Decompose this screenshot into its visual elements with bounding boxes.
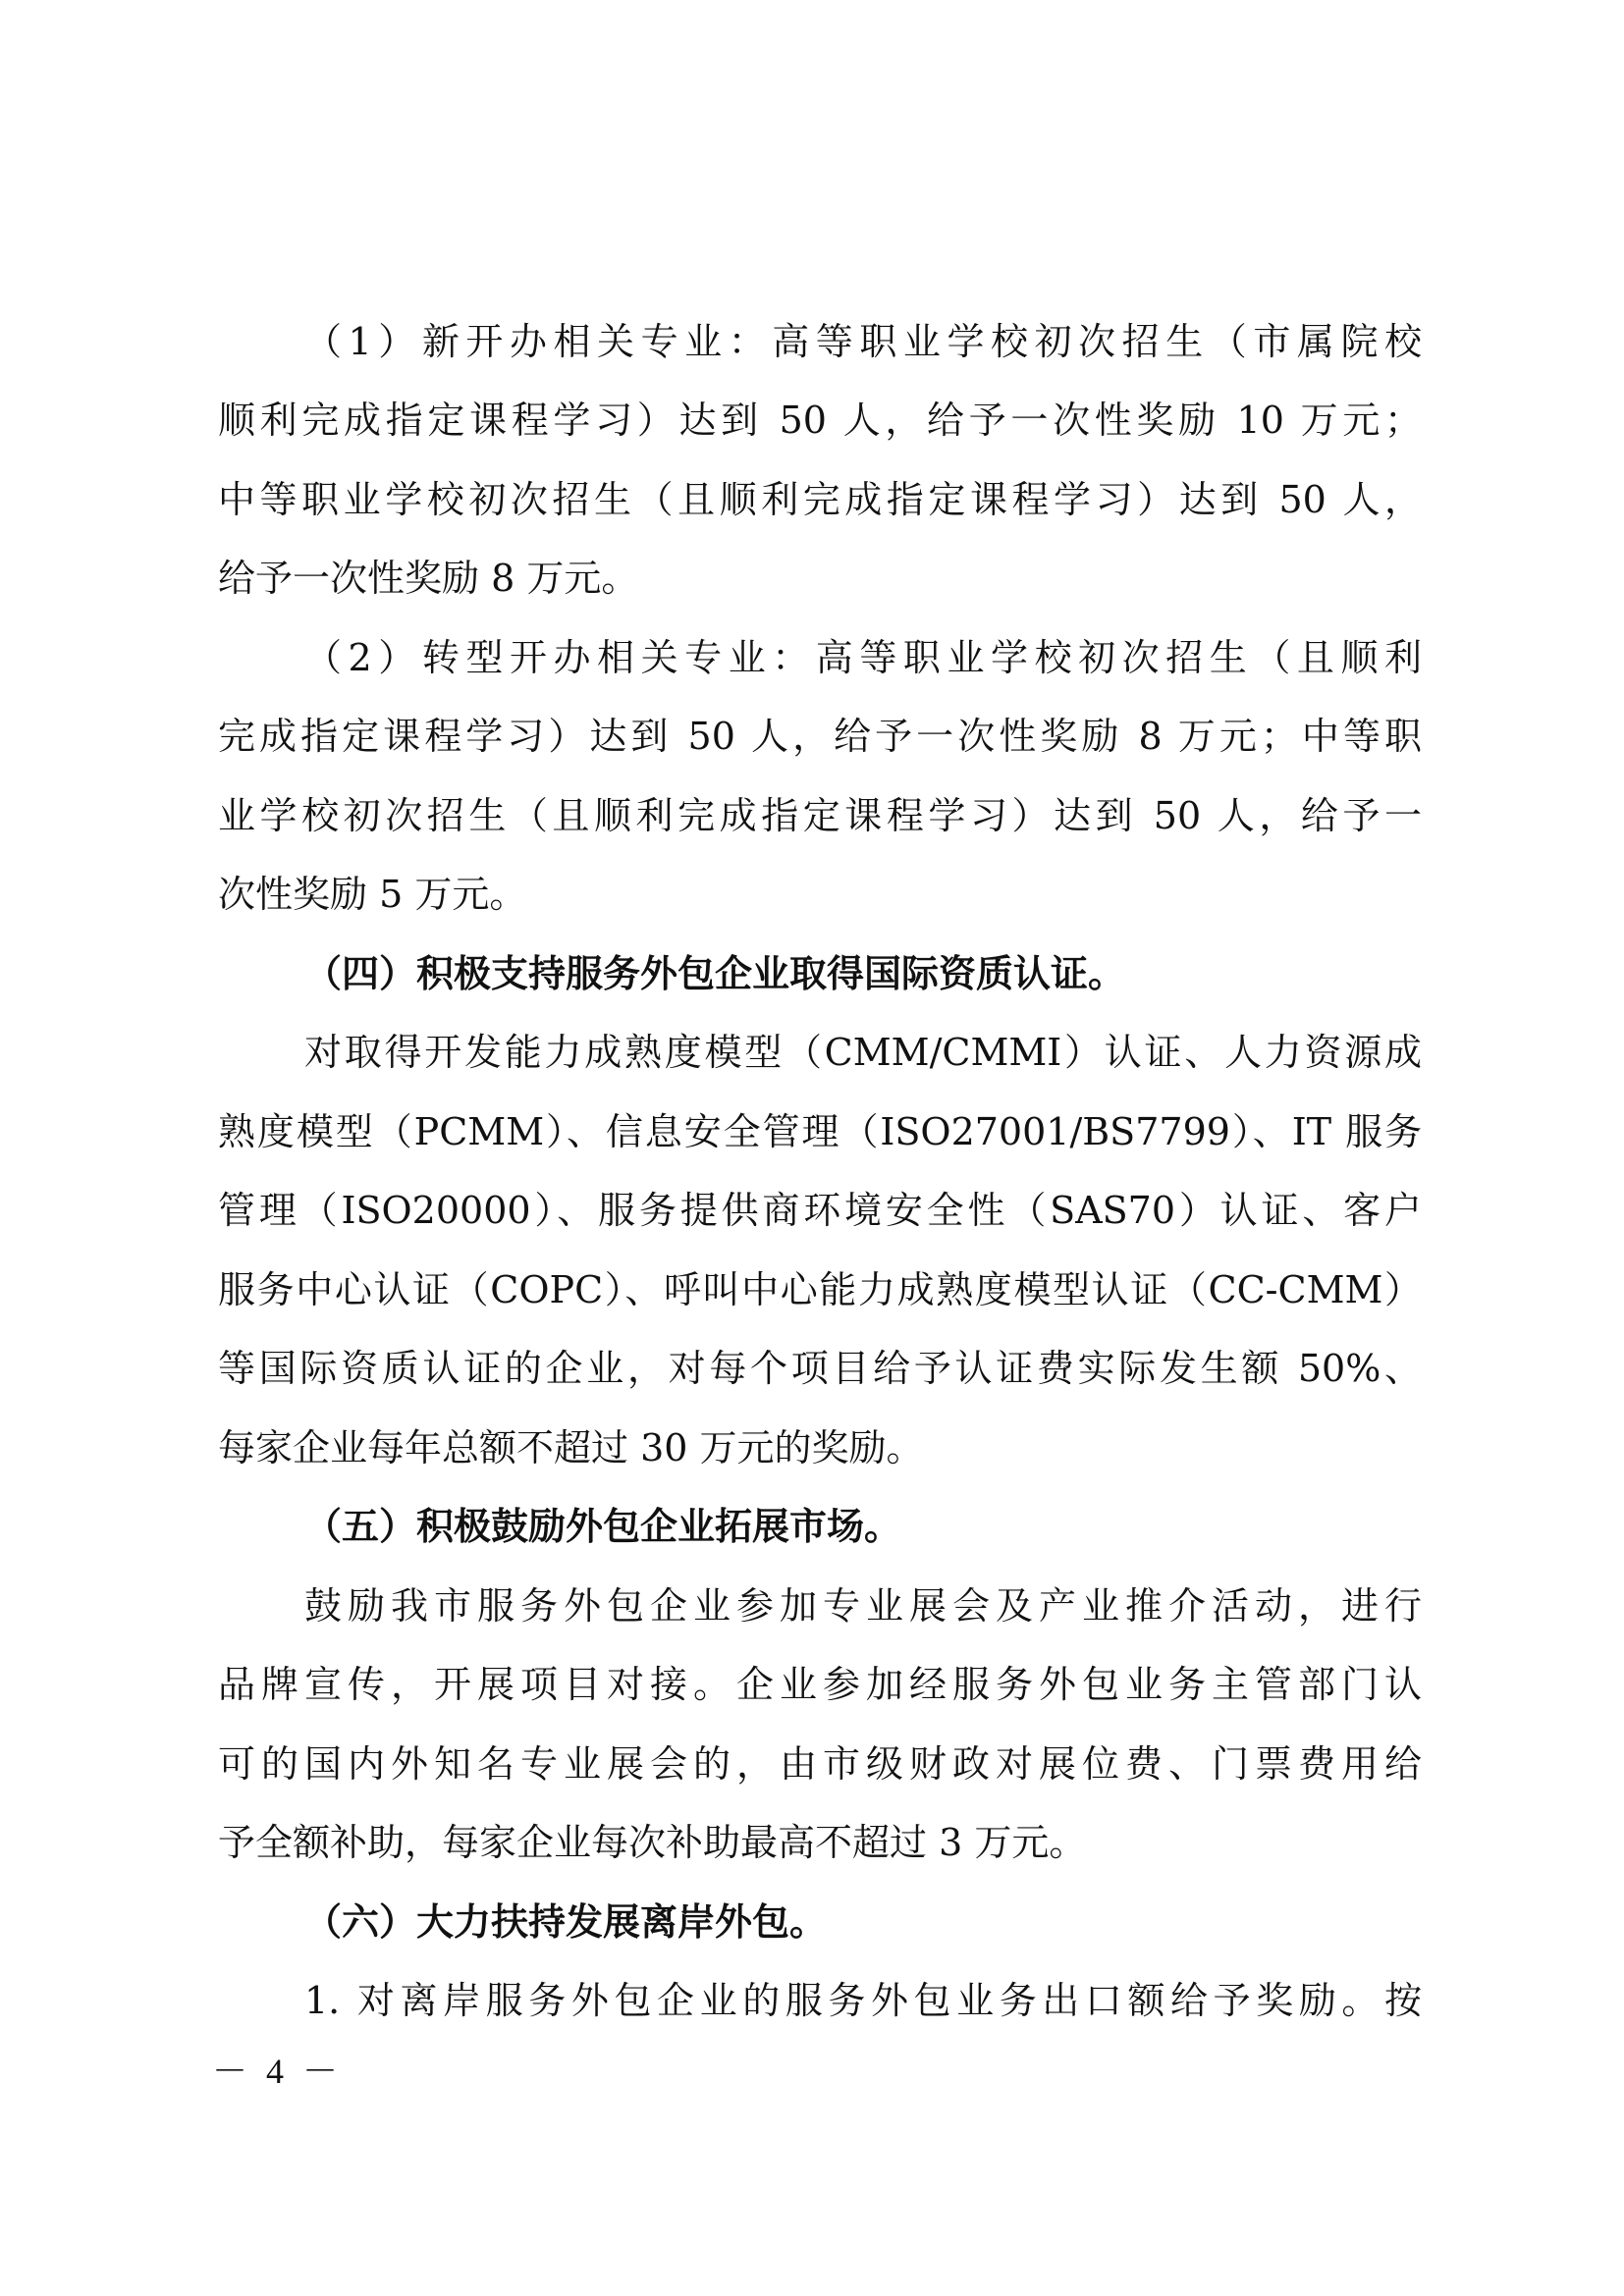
item-1-line-3: 中等职业学校初次招生（且顺利完成指定课程学习）达到 50 人， [218,460,1422,539]
market-para-line-1: 鼓励我市服务外包企业参加专业展会及产业推介活动，进行 [304,1567,1422,1645]
cert-para-line-6: 每家企业每年总额不超过 30 万元的奖励。 [218,1409,1422,1487]
item-2-line-1: （2）转型开办相关专业：高等职业学校初次招生（且顺利 [304,618,1422,697]
market-para-line-3: 可的国内外知名专业展会的，由市级财政对展位费、门票费用给 [218,1725,1422,1803]
item-2-line-3: 业学校初次招生（且顺利完成指定课程学习）达到 50 人，给予一 [218,776,1422,855]
cert-para-line-3: 管理（ISO20000）、服务提供商环境安全性（SAS70）认证、客户 [218,1171,1422,1250]
section-heading-4: （四）积极支持服务外包企业取得国际资质认证。 [304,934,1422,1013]
section-heading-6: （六）大力扶持发展离岸外包。 [304,1883,1422,1961]
item-1-line-4: 给予一次性奖励 8 万元。 [218,539,1422,617]
section-heading-5: （五）积极鼓励外包企业拓展市场。 [304,1487,1422,1566]
cert-para-line-2: 熟度模型（PCMM）、信息安全管理（ISO27001/BS7799）、IT 服务 [218,1093,1422,1171]
market-para-line-4: 予全额补助，每家企业每次补助最高不超过 3 万元。 [218,1803,1422,1882]
cert-para-line-5: 等国际资质认证的企业，对每个项目给予认证费实际发生额 50%、 [218,1329,1422,1408]
market-para-line-2: 品牌宣传，开展项目对接。企业参加经服务外包业务主管部门认 [218,1645,1422,1724]
page-number: － 4 － [212,2048,338,2095]
cert-para-line-1: 对取得开发能力成熟度模型（CMM/CMMI）认证、人力资源成 [304,1013,1422,1092]
item-2-line-4: 次性奖励 5 万元。 [218,855,1422,934]
cert-para-line-4: 服务中心认证（COPC）、呼叫中心能力成熟度模型认证（CC-CMM） [218,1251,1422,1329]
item-1-line-2: 顺利完成指定课程学习）达到 50 人，给予一次性奖励 10 万元； [218,381,1422,459]
document-page: （1）新开办相关专业：高等职业学校初次招生（市属院校 顺利完成指定课程学习）达到… [0,0,1624,2296]
item-2-line-2: 完成指定课程学习）达到 50 人，给予一次性奖励 8 万元；中等职 [218,697,1422,775]
item-1-line-1: （1）新开办相关专业：高等职业学校初次招生（市属院校 [304,302,1422,381]
offshore-item-1-line-1: 1. 对离岸服务外包企业的服务外包业务出口额给予奖励。按 [304,1961,1422,2040]
